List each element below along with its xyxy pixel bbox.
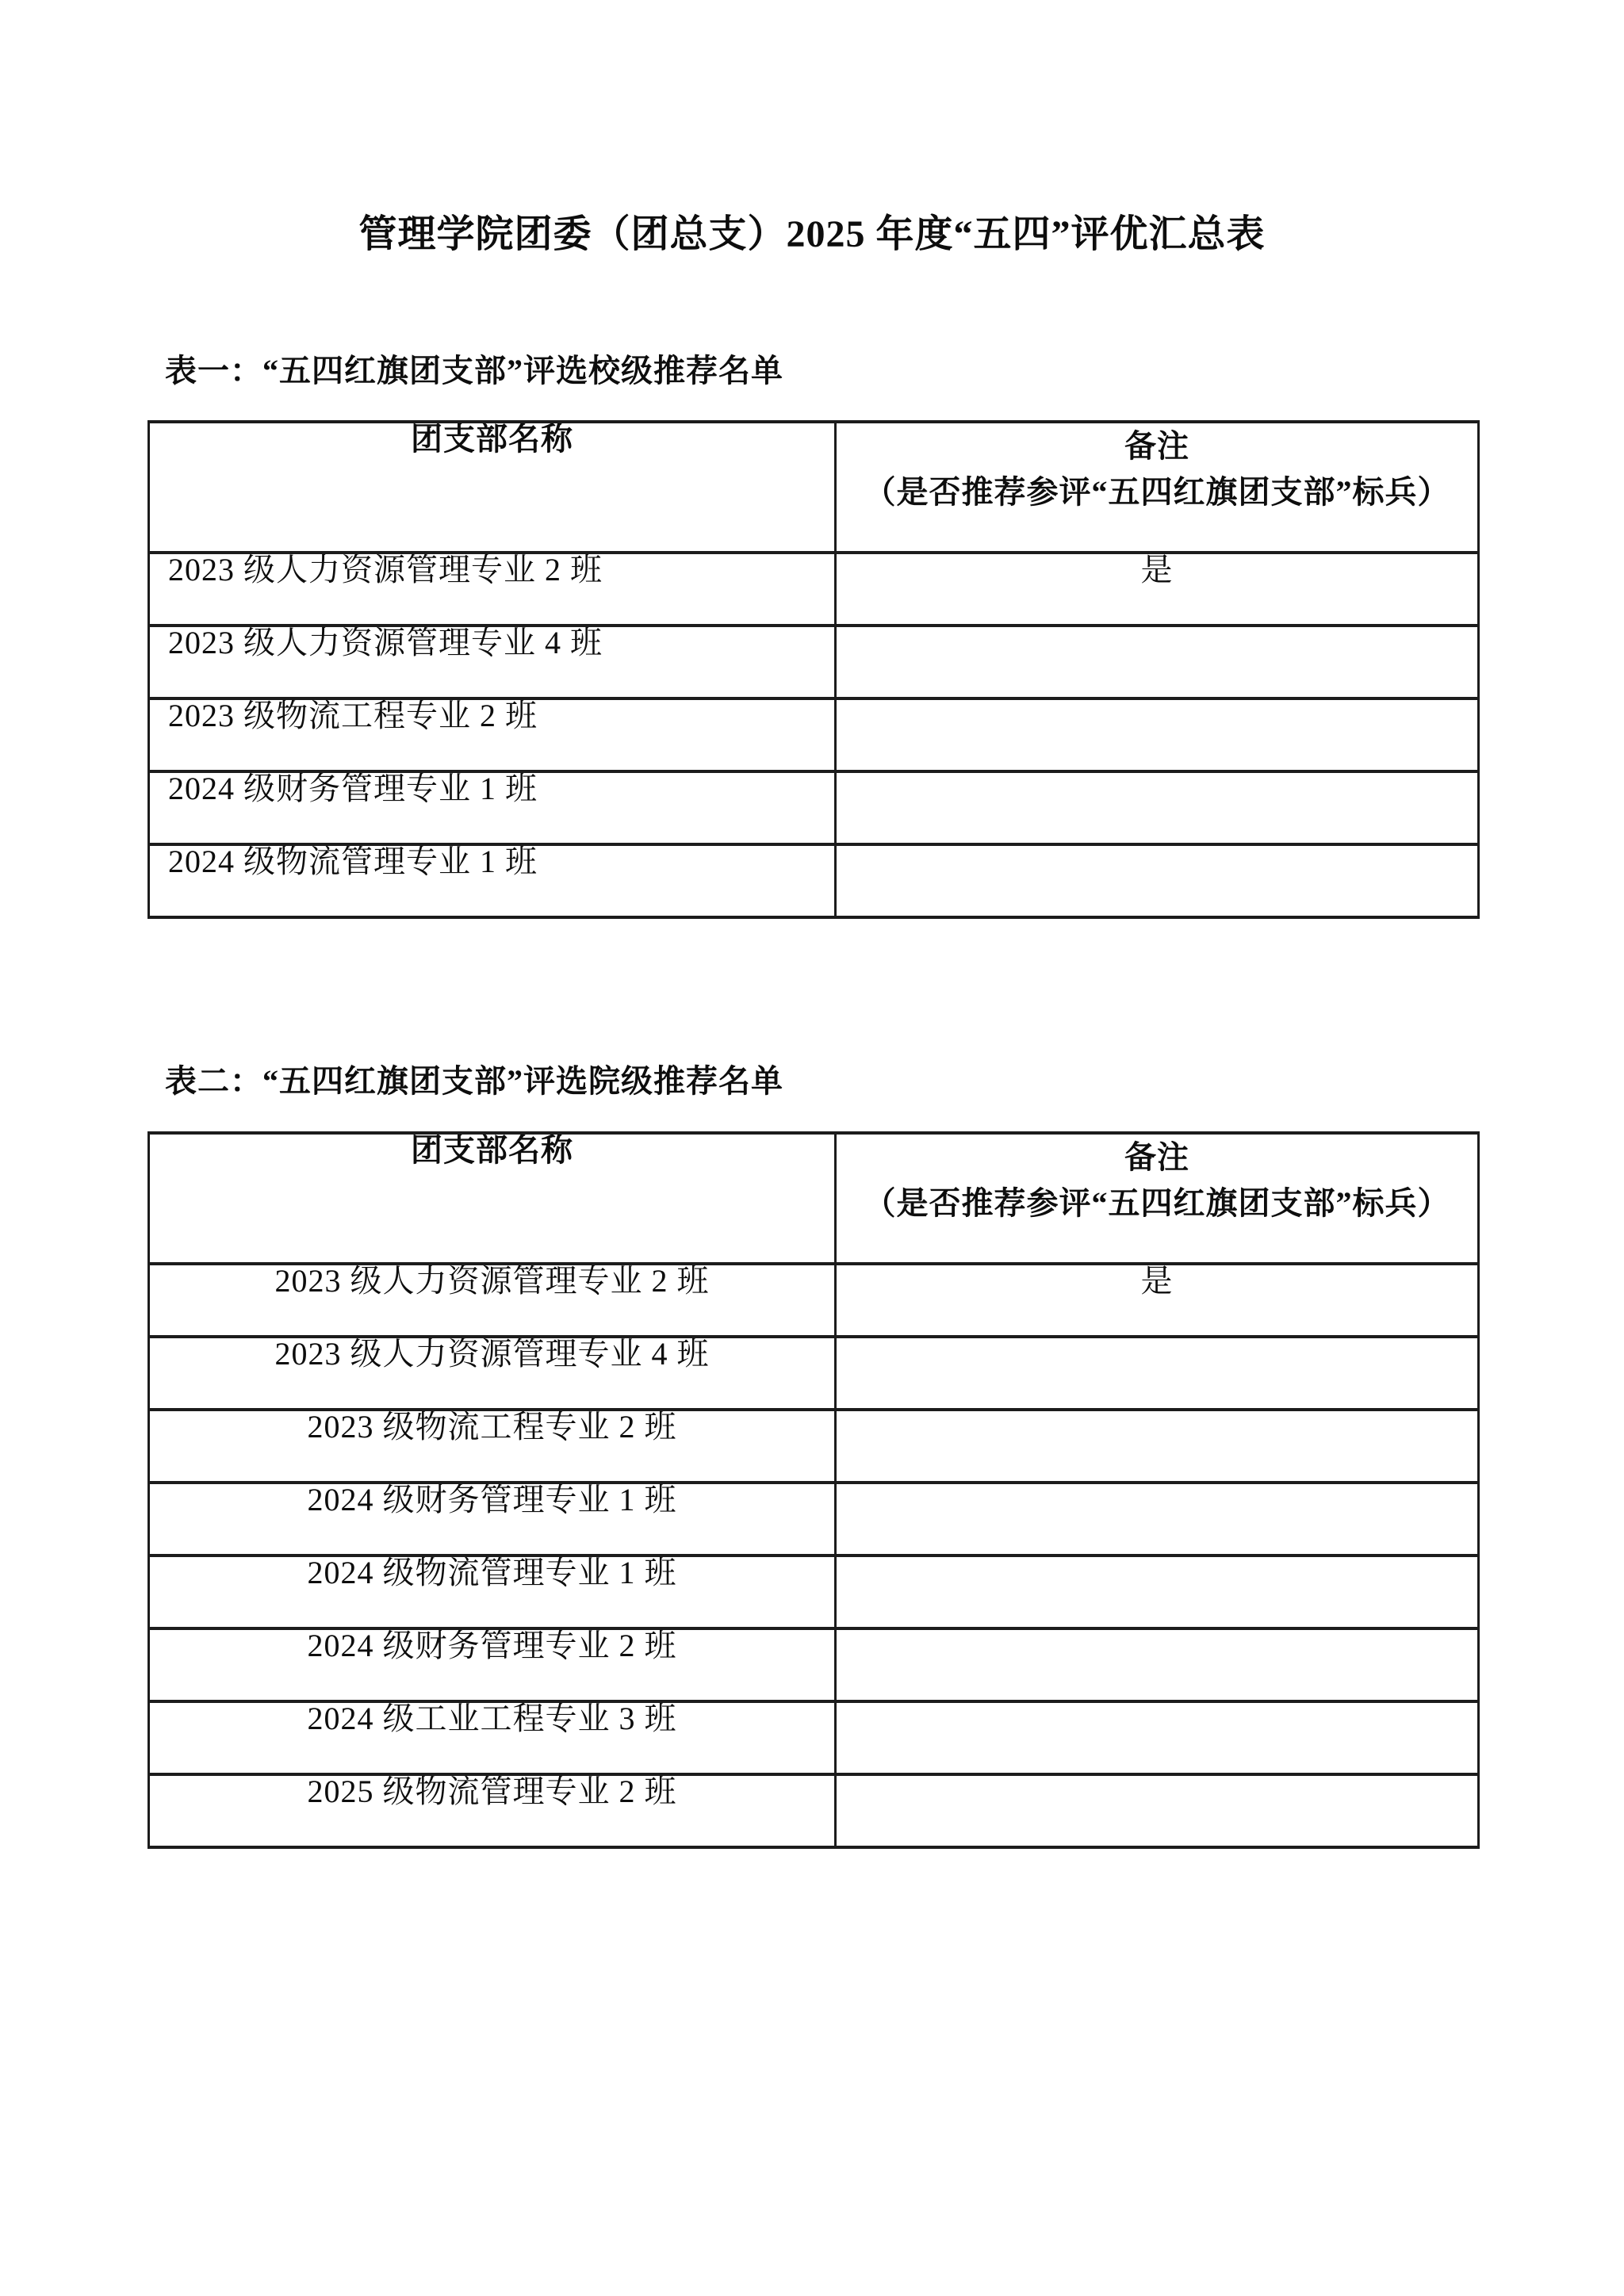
branch-name-cell: 2024 级物流管理专业 1 班 bbox=[149, 1556, 836, 1628]
branch-name-cell: 2023 级人力资源管理专业 4 班 bbox=[149, 1337, 836, 1410]
table-row: 2024 级财务管理专业 1 班 bbox=[149, 771, 1479, 844]
remark-cell bbox=[836, 1410, 1479, 1483]
table1-caption: 表一：“五四红旗团支部”评选校级推荐名单 bbox=[165, 354, 783, 388]
branch-name-header: 团支部名称 bbox=[149, 1133, 836, 1264]
branch-name-cell: 2023 级物流工程专业 2 班 bbox=[149, 698, 836, 771]
remark-header: 备注 （是否推荐参评“五四红旗团支部”标兵） bbox=[836, 422, 1479, 553]
table-row: 2023 级人力资源管理专业 2 班 是 bbox=[149, 553, 1479, 626]
branch-name-cell: 2023 级人力资源管理专业 2 班 bbox=[149, 1264, 836, 1337]
table-header-row: 团支部名称 备注 （是否推荐参评“五四红旗团支部”标兵） bbox=[149, 1133, 1479, 1264]
remark-cell bbox=[836, 626, 1479, 698]
table-row: 2023 级人力资源管理专业 2 班 是 bbox=[149, 1264, 1479, 1337]
remark-header-subtitle: （是否推荐参评“五四红旗团支部”标兵） bbox=[837, 469, 1477, 515]
remark-cell bbox=[836, 698, 1479, 771]
branch-name-cell: 2023 级物流工程专业 2 班 bbox=[149, 1410, 836, 1483]
table-header-row: 团支部名称 备注 （是否推荐参评“五四红旗团支部”标兵） bbox=[149, 422, 1479, 553]
branch-name-cell: 2023 级人力资源管理专业 2 班 bbox=[149, 553, 836, 626]
remark-cell: 是 bbox=[836, 553, 1479, 626]
branch-name-cell: 2024 级财务管理专业 1 班 bbox=[149, 1483, 836, 1556]
remark-cell bbox=[836, 1337, 1479, 1410]
college-level-recommendation-table: 团支部名称 备注 （是否推荐参评“五四红旗团支部”标兵） 2023 级人力资源管… bbox=[147, 1131, 1480, 1849]
table2-caption: 表二：“五四红旗团支部”评选院级推荐名单 bbox=[165, 1064, 783, 1099]
table-row: 2025 级物流管理专业 2 班 bbox=[149, 1774, 1479, 1847]
remark-cell: 是 bbox=[836, 1264, 1479, 1337]
table-row: 2023 级物流工程专业 2 班 bbox=[149, 1410, 1479, 1483]
table-row: 2023 级人力资源管理专业 4 班 bbox=[149, 1337, 1479, 1410]
remark-cell bbox=[836, 844, 1479, 917]
remark-header-title: 备注 bbox=[837, 1135, 1477, 1181]
table-row: 2024 级物流管理专业 1 班 bbox=[149, 1556, 1479, 1628]
remark-cell bbox=[836, 1483, 1479, 1556]
branch-name-cell: 2024 级财务管理专业 2 班 bbox=[149, 1628, 836, 1701]
table-row: 2023 级人力资源管理专业 4 班 bbox=[149, 626, 1479, 698]
remark-cell bbox=[836, 1701, 1479, 1774]
remark-cell bbox=[836, 1556, 1479, 1628]
table-row: 2024 级财务管理专业 2 班 bbox=[149, 1628, 1479, 1701]
remark-cell bbox=[836, 1628, 1479, 1701]
remark-header: 备注 （是否推荐参评“五四红旗团支部”标兵） bbox=[836, 1133, 1479, 1264]
table-row: 2023 级物流工程专业 2 班 bbox=[149, 698, 1479, 771]
document-page: 管理学院团委（团总支）2025 年度“五四”评优汇总表 表一：“五四红旗团支部”… bbox=[0, 0, 1624, 2296]
branch-name-cell: 2023 级人力资源管理专业 4 班 bbox=[149, 626, 836, 698]
remark-header-title: 备注 bbox=[837, 423, 1477, 469]
remark-header-subtitle: （是否推荐参评“五四红旗团支部”标兵） bbox=[837, 1181, 1477, 1226]
remark-cell bbox=[836, 771, 1479, 844]
branch-name-cell: 2024 级工业工程专业 3 班 bbox=[149, 1701, 836, 1774]
remark-cell bbox=[836, 1774, 1479, 1847]
table-row: 2024 级财务管理专业 1 班 bbox=[149, 1483, 1479, 1556]
branch-name-header: 团支部名称 bbox=[149, 422, 836, 553]
school-level-recommendation-table: 团支部名称 备注 （是否推荐参评“五四红旗团支部”标兵） 2023 级人力资源管… bbox=[147, 420, 1480, 919]
branch-name-cell: 2025 级物流管理专业 2 班 bbox=[149, 1774, 836, 1847]
branch-name-cell: 2024 级财务管理专业 1 班 bbox=[149, 771, 836, 844]
table-row: 2024 级物流管理专业 1 班 bbox=[149, 844, 1479, 917]
table-row: 2024 级工业工程专业 3 班 bbox=[149, 1701, 1479, 1774]
document-title: 管理学院团委（团总支）2025 年度“五四”评优汇总表 bbox=[0, 212, 1624, 257]
branch-name-cell: 2024 级物流管理专业 1 班 bbox=[149, 844, 836, 917]
